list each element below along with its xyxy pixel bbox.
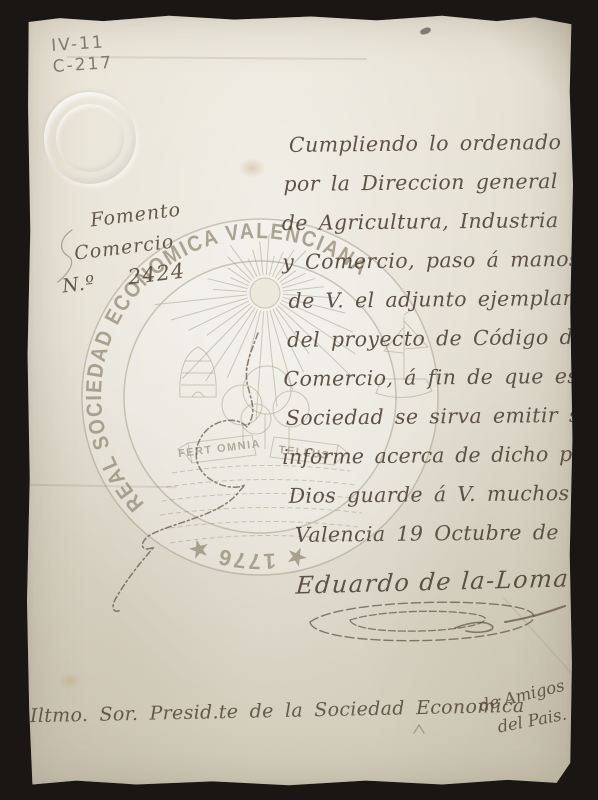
letter-body: Cumpliendo lo ordenado por la Direccion …	[281, 122, 598, 555]
letter-line: de Agricultura, Industria	[282, 200, 598, 243]
letter-line: y Comercio, paso á manos	[282, 239, 598, 282]
letter-line: por la Direccion general	[283, 161, 598, 204]
archival-shelfmark: IV-11 C-217	[51, 32, 114, 78]
registry-number: 2424	[126, 258, 186, 291]
number-label: N.º	[61, 272, 97, 298]
corner-fold	[473, 15, 573, 101]
margin-note-line: Fomento	[89, 197, 183, 234]
letter-line: de V. el adjunto ejemplar	[288, 278, 598, 321]
shelfmark-line: C-217	[52, 53, 114, 78]
address-line: Iltmo. Sor. Presid.te de la Sociedad Eco…	[30, 695, 525, 727]
embossed-blind-stamp	[44, 92, 136, 184]
seal-beehive-icon	[180, 347, 216, 397]
paper-crease	[27, 484, 177, 489]
paper-stain	[58, 672, 82, 690]
scanned-document: REAL SOCIEDAD ECONOMICA VALENCIANA DE AM…	[0, 0, 598, 800]
letter-line: del proyecto de Código de	[287, 317, 598, 360]
paper-stain	[238, 158, 266, 178]
letter-line: Comercio, á fin de que esa	[283, 356, 598, 399]
letter-line: Sociedad se sirva emitir su	[286, 395, 598, 438]
ink-smudge	[419, 26, 431, 35]
letter-line: informe acerca de dicho proyecto.	[282, 434, 598, 477]
seal-motto-left: FERT OMNIA	[177, 438, 261, 460]
letter-date-line: Valencia 19 Octubre de 1881.	[295, 512, 598, 555]
letter-line: Dios guarde á V. muchos años.	[288, 473, 598, 516]
seal-sun	[250, 278, 280, 308]
signature: Eduardo de la-Loma	[295, 564, 570, 599]
document-page: REAL SOCIEDAD ECONOMICA VALENCIANA DE AM…	[27, 15, 573, 786]
registry-margin-note: Fomento Comercio N.º 2424	[53, 197, 190, 300]
letter-line: Cumpliendo lo ordenado	[289, 122, 598, 165]
